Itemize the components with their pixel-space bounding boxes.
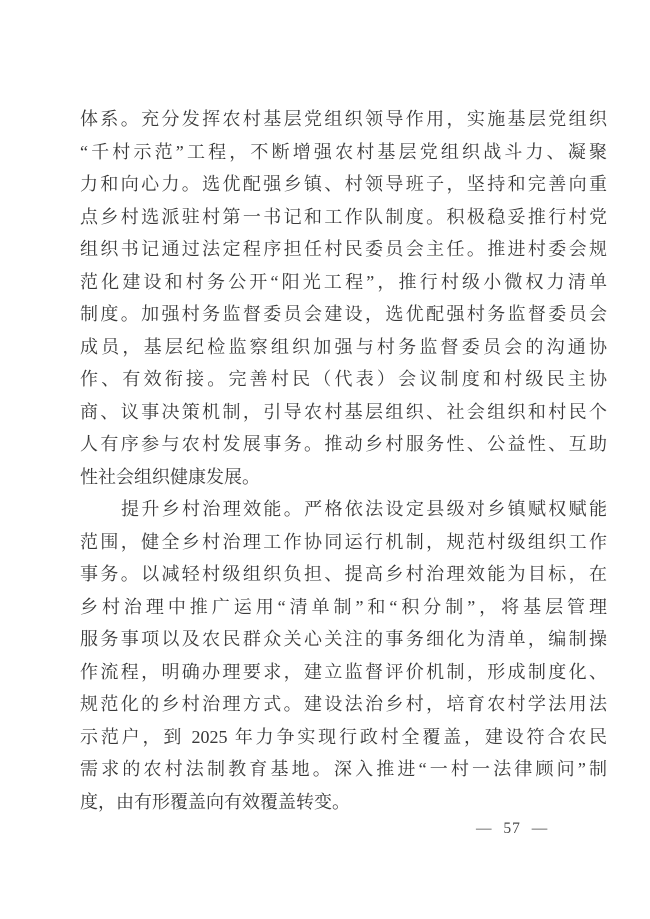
text-line: 体系。充分发挥农村基层党组织领导作用，实施基层党组织 (80, 103, 607, 136)
document-page: 体系。充分发挥农村基层党组织领导作用，实施基层党组织“千村示范”工程，不断增强农… (0, 0, 650, 919)
text-line: 范化建设和村务公开“阳光工程”，推行村级小微权力清单 (80, 266, 607, 299)
text-line: 组织书记通过法定程序担任村民委员会主任。推进村委会规 (80, 233, 607, 266)
text-line: 人有序参与农村发展事务。推动乡村服务性、公益性、互助 (80, 428, 607, 461)
text-line: 成员，基层纪检监察组织加强与村务监督委员会的沟通协 (80, 331, 607, 364)
text-line: 制度。加强村务监督委员会建设，选优配强村务监督委员会 (80, 298, 607, 331)
text-line: 作流程，明确办理要求，建立监督评价机制，形成制度化、 (80, 656, 607, 689)
text-line: 事务。以减轻村级组织负担、提高乡村治理效能为目标，在 (80, 558, 607, 591)
text-line: 规范化的乡村治理方式。建设法治乡村，培育农村学法用法 (80, 688, 607, 721)
text-line: 提升乡村治理效能。严格依法设定县级对乡镇赋权赋能 (80, 493, 607, 526)
page-number: — 57 — (476, 820, 548, 838)
text-line: 度，由有形覆盖向有效覆盖转变。 (80, 786, 607, 819)
text-line: “千村示范”工程，不断增强农村基层党组织战斗力、凝聚 (80, 136, 607, 169)
text-line: 力和向心力。选优配强乡镇、村领导班子，坚持和完善向重 (80, 168, 607, 201)
body-text: 体系。充分发挥农村基层党组织领导作用，实施基层党组织“千村示范”工程，不断增强农… (80, 103, 607, 818)
text-line: 点乡村选派驻村第一书记和工作队制度。积极稳妥推行村党 (80, 201, 607, 234)
text-line: 性社会组织健康发展。 (80, 461, 607, 494)
text-line: 商、议事决策机制，引导农村基层组织、社会组织和村民个 (80, 396, 607, 429)
text-line: 范围，健全乡村治理工作协同运行机制，规范村级组织工作 (80, 526, 607, 559)
text-line: 乡村治理中推广运用“清单制”和“积分制”，将基层管理 (80, 591, 607, 624)
paragraph: 提升乡村治理效能。严格依法设定县级对乡镇赋权赋能范围，健全乡村治理工作协同运行机… (80, 493, 607, 818)
text-line: 服务事项以及农民群众关心关注的事务细化为清单，编制操 (80, 623, 607, 656)
text-line: 示范户，到 2025 年力争实现行政村全覆盖，建设符合农民 (80, 721, 607, 754)
text-line: 作、有效衔接。完善村民（代表）会议制度和村级民主协 (80, 363, 607, 396)
paragraph: 体系。充分发挥农村基层党组织领导作用，实施基层党组织“千村示范”工程，不断增强农… (80, 103, 607, 493)
text-line: 需求的农村法制教育基地。深入推进“一村一法律顾问”制 (80, 753, 607, 786)
